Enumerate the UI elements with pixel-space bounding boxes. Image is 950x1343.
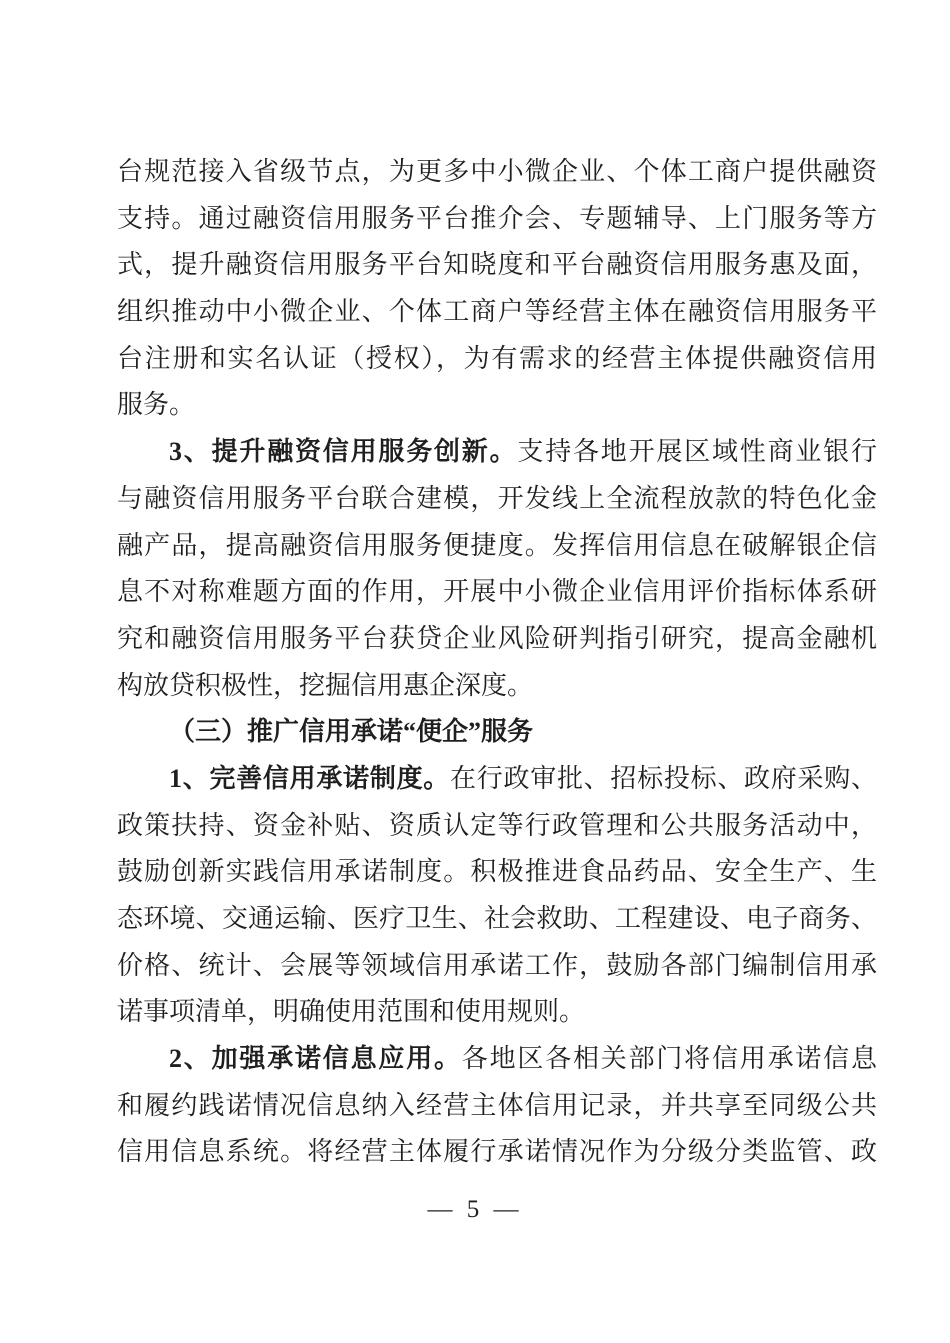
- text-line: 3、提升融资信用服务创新。支持各地开展区域性商业银行: [117, 429, 877, 476]
- text-line: 1、完善信用承诺制度。在行政审批、招标投标、政府采购、: [117, 756, 877, 803]
- text-line: 融产品，提高融资信用服务便捷度。发挥信用信息在破解银企信: [117, 523, 877, 570]
- text-line: 式，提升融资信用服务平台知晓度和平台融资信用服务惠及面，: [117, 242, 877, 289]
- text-line: 构放贷积极性，挖掘信用惠企深度。: [117, 663, 877, 710]
- text-segment: 支持各地开展区域性商业银行: [517, 437, 877, 466]
- text-segment: 组织推动中小微企业、个体工商户等经营主体在融资信用服务平: [117, 297, 877, 326]
- text-line: 诺事项清单，明确使用范围和使用规则。: [117, 989, 877, 1036]
- text-segment: 政策扶持、资金补贴、资质认定等行政管理和公共服务活动中，: [117, 811, 877, 840]
- bold-text-segment: 1、完善信用承诺制度。: [169, 764, 450, 793]
- text-line: （三）推广信用承诺“便企”服务: [117, 709, 877, 756]
- text-segment: 台注册和实名认证（授权），为有需求的经营主体提供融资信用: [117, 344, 877, 373]
- text-segment: 态环境、交通运输、医疗卫生、社会救助、工程建设、电子商务、: [117, 904, 877, 933]
- text-line: 台注册和实名认证（授权），为有需求的经营主体提供融资信用: [117, 336, 877, 383]
- text-segment: 在行政审批、招标投标、政府采购、: [450, 764, 877, 793]
- text-line: 政策扶持、资金补贴、资质认定等行政管理和公共服务活动中，: [117, 803, 877, 850]
- bold-text-segment: 3、提升融资信用服务创新。: [169, 437, 517, 466]
- text-segment: 究和融资信用服务平台获贷企业风险研判指引研究，提高金融机: [117, 624, 877, 653]
- bold-text-segment: （三）推广信用承诺“便企”服务: [169, 717, 533, 746]
- text-line: 支持。通过融资信用服务平台推介会、专题辅导、上门服务等方: [117, 196, 877, 243]
- text-segment: 服务。: [117, 390, 195, 419]
- text-segment: 息不对称难题方面的作用，开展中小微企业信用评价指标体系研: [117, 577, 877, 606]
- text-segment: 和履约践诺情况信息纳入经营主体信用记录，并共享至同级公共: [117, 1091, 877, 1120]
- text-line: 和履约践诺情况信息纳入经营主体信用记录，并共享至同级公共: [117, 1083, 877, 1130]
- text-segment: 诺事项清单，明确使用范围和使用规则。: [117, 997, 585, 1026]
- text-line: 鼓励创新实践信用承诺制度。积极推进食品药品、安全生产、生: [117, 849, 877, 896]
- text-line: 2、加强承诺信息应用。各地区各相关部门将信用承诺信息: [117, 1036, 877, 1083]
- text-segment: 鼓励创新实践信用承诺制度。积极推进食品药品、安全生产、生: [117, 857, 877, 886]
- bold-text-segment: 2、加强承诺信息应用。: [169, 1044, 462, 1073]
- text-segment: 与融资信用服务平台联合建模，开发线上全流程放款的特色化金: [117, 484, 877, 513]
- text-line: 价格、统计、会展等领域信用承诺工作，鼓励各部门编制信用承: [117, 943, 877, 990]
- text-segment: 支持。通过融资信用服务平台推介会、专题辅导、上门服务等方: [117, 204, 877, 233]
- text-segment: 式，提升融资信用服务平台知晓度和平台融资信用服务惠及面，: [117, 250, 877, 279]
- text-line: 息不对称难题方面的作用，开展中小微企业信用评价指标体系研: [117, 569, 877, 616]
- text-segment: 融产品，提高融资信用服务便捷度。发挥信用信息在破解银企信: [117, 531, 877, 560]
- text-line: 与融资信用服务平台联合建模，开发线上全流程放款的特色化金: [117, 476, 877, 523]
- text-segment: 台规范接入省级节点，为更多中小微企业、个体工商户提供融资: [117, 157, 877, 186]
- text-line: 究和融资信用服务平台获贷企业风险研判指引研究，提高金融机: [117, 616, 877, 663]
- text-segment: 构放贷积极性，挖掘信用惠企深度。: [117, 671, 533, 700]
- text-line: 服务。: [117, 382, 877, 429]
- text-segment: 价格、统计、会展等领域信用承诺工作，鼓励各部门编制信用承: [117, 951, 877, 980]
- text-segment: 信用信息系统。将经营主体履行承诺情况作为分级分类监管、政: [117, 1137, 877, 1166]
- document-page: 台规范接入省级节点，为更多中小微企业、个体工商户提供融资支持。通过融资信用服务平…: [0, 0, 950, 1343]
- text-line: 组织推动中小微企业、个体工商户等经营主体在融资信用服务平: [117, 289, 877, 336]
- text-line: 台规范接入省级节点，为更多中小微企业、个体工商户提供融资: [117, 149, 877, 196]
- text-segment: 各地区各相关部门将信用承诺信息: [462, 1044, 877, 1073]
- page-number: — 5 —: [0, 1190, 950, 1230]
- document-body: 台规范接入省级节点，为更多中小微企业、个体工商户提供融资支持。通过融资信用服务平…: [117, 149, 877, 1176]
- text-line: 信用信息系统。将经营主体履行承诺情况作为分级分类监管、政: [117, 1129, 877, 1176]
- text-line: 态环境、交通运输、医疗卫生、社会救助、工程建设、电子商务、: [117, 896, 877, 943]
